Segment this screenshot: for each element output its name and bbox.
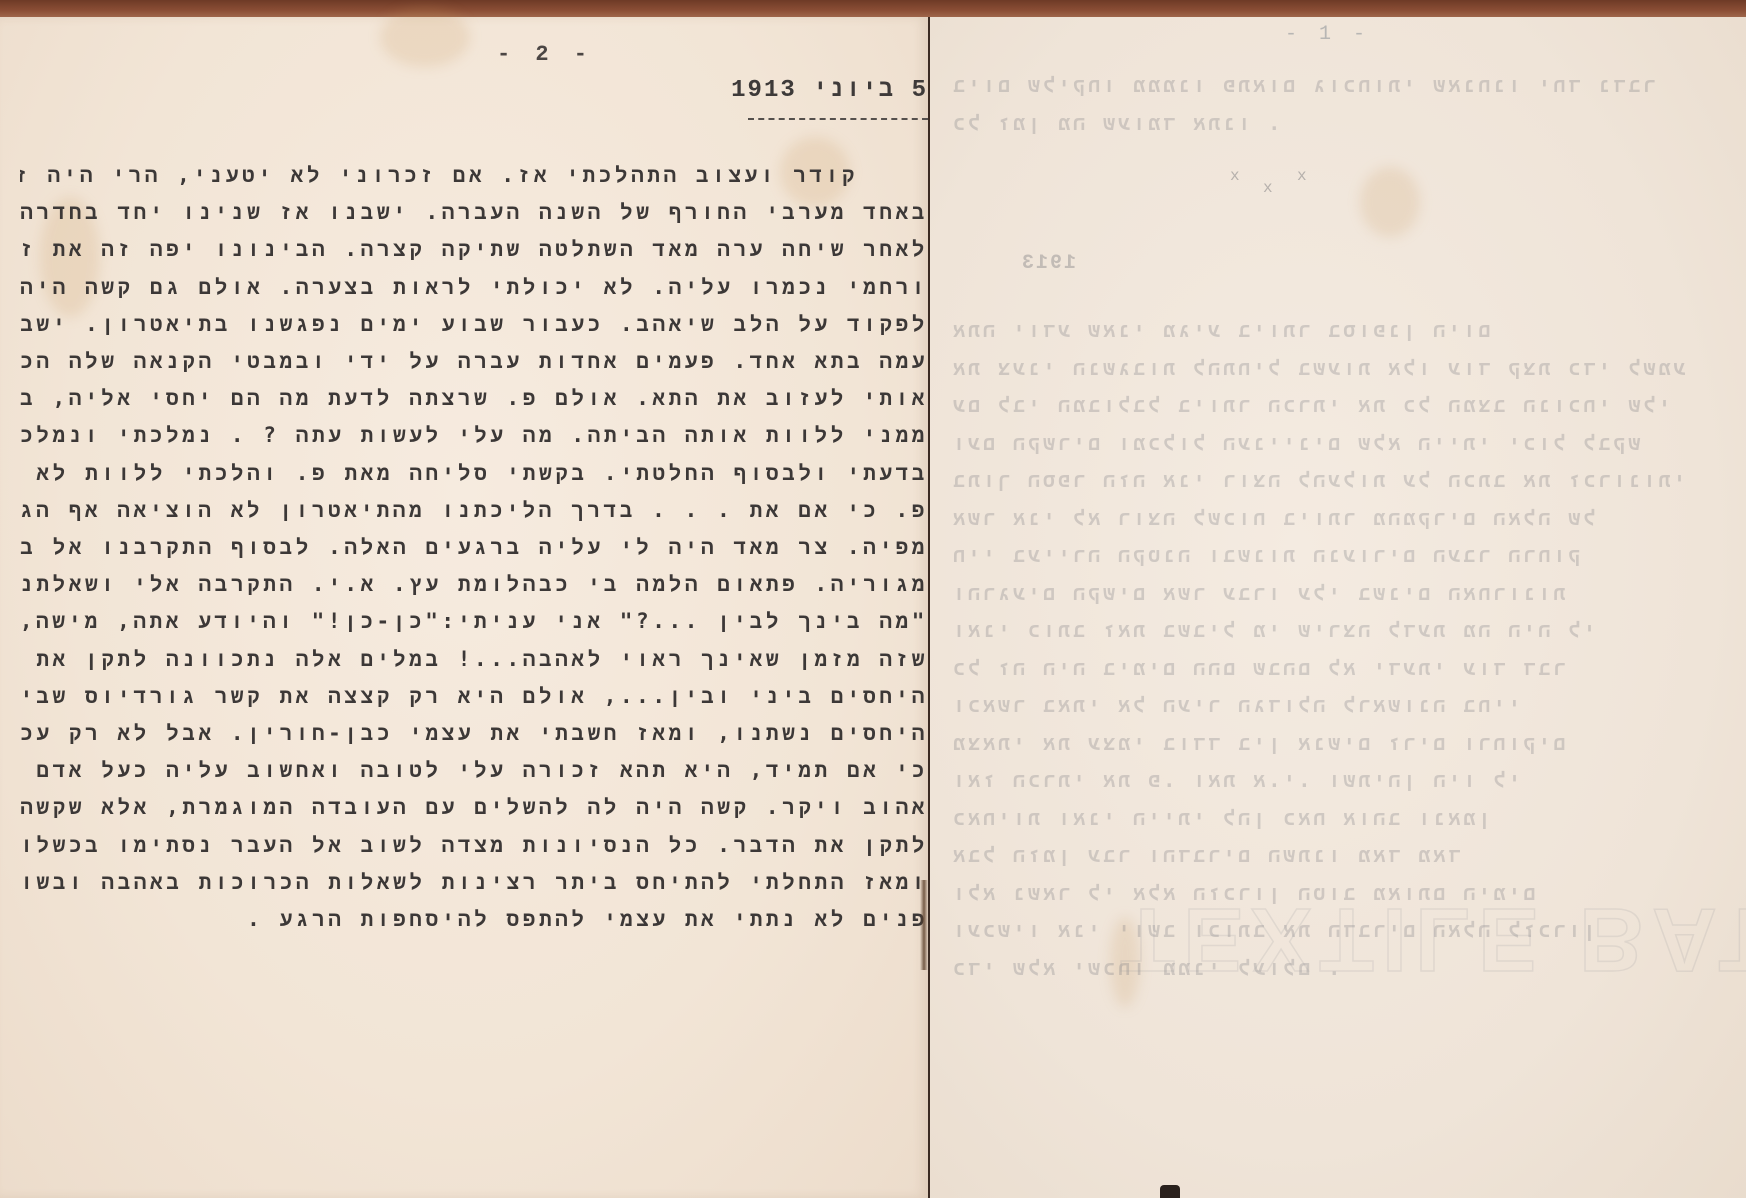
text-line: מפיה. צר מאד היה לי עליה ברגעים האלה. לב… xyxy=(20,529,928,566)
text-line: לתקן את הדבר. כל הנסיונות מצדה לשוב אל ה… xyxy=(20,827,928,864)
page-number: - 2 - xyxy=(497,42,593,67)
text-line: בדעתי ולבסוף החלטתי. בקשתי סליחה מאת פ. … xyxy=(20,455,928,492)
bleed-line: את צעני הנשגבות להתחיל בשעות אלו עוד קצת… xyxy=(950,350,1740,388)
bleed-line: וכאשר באתי אל העיר הגדולה לראשונה בחיי xyxy=(950,687,1740,725)
page-number-faint: - 1 - xyxy=(1285,23,1370,46)
text-line: קודר ועצוב התהלכתי אז. אם זכרוני לא יטענ… xyxy=(20,157,928,194)
text-line: אותי לעזוב את התא. אולם פ. שרצתה לדעת מה… xyxy=(20,380,928,417)
text-line: לפקוד על הלב שיאהב. כעבור שבוע ימים נפגש… xyxy=(20,306,928,343)
date-underline xyxy=(748,118,928,120)
right-page: - 1 - ביום שליקחו מממנו פתאום גוכחותי שא… xyxy=(928,17,1746,1198)
text-line: ורחמי נכמרו עליה. לא יכולתי לראות בצערה.… xyxy=(20,269,928,306)
separator-mark: x xyxy=(1230,167,1240,185)
bleed-line: אתה יודע שאני מגיע ביותר בסופנן היום xyxy=(950,312,1740,350)
bleed-through-date: 1913 xyxy=(1020,252,1076,275)
paper-stain xyxy=(380,7,470,67)
left-page: - 2 - 5 ביוני 1913 קודר ועצוב התהלכתי אז… xyxy=(0,17,928,1198)
bleed-line: עם לבי המבולבל ביותר הכרתי את כל המצב הנ… xyxy=(950,387,1740,425)
bleed-line: אבל הזמן עבר והדברים השתנו מאד מאד xyxy=(950,837,1740,875)
bleed-line: ואני כותב זאת בשביל מי שירצה לדעת מה היה… xyxy=(950,612,1740,650)
bleed-line: ואז הכרתי את פ. ואת א.י. ושתיהן היו לי xyxy=(950,762,1740,800)
book-binding-edge xyxy=(0,0,1746,18)
bleed-line: ועם הקשרים ומכלול העניינים שלא הייתי יכו… xyxy=(950,425,1740,463)
bleed-through-text-top: ביום שליקחו מממנו פתאום גוכחותי שאנחנו י… xyxy=(950,67,1740,142)
text-line: היחסים נשתנו, ומאז חשבתי את עצמי כבן-חור… xyxy=(20,715,928,752)
diary-entry-text: קודר ועצוב התהלכתי אז. אם זכרוני לא יטענ… xyxy=(20,157,928,938)
bleed-line: והרגעים הקשים אשר עברו עלי בשנים האחרונו… xyxy=(950,575,1740,613)
section-separator: x x x xyxy=(1230,167,1350,217)
text-line: מגוריה. פתאום הלמה בי כבהלומת עץ. א.י. ה… xyxy=(20,566,928,603)
paper-stain xyxy=(1360,167,1420,237)
binding-thread xyxy=(920,880,928,970)
entry-date-heading: 5 ביוני 1913 xyxy=(731,77,928,104)
bleed-through-text-body: אתה יודע שאני מגיע ביותר בסופנן היום את … xyxy=(950,312,1740,987)
bleed-line: כאחיות ואני הייתי להן כאח אוהב ונאמן xyxy=(950,800,1740,838)
text-line: "מה בינך לבין ...?" אני עניתי:"כן-כן!" ו… xyxy=(20,603,928,640)
bleed-line: כל זה היה בימים ההם שבהם לא ידעתי עוד דב… xyxy=(950,650,1740,688)
bleed-line: חיי בעיירה הקטנה ובשנות הנעורים העבר הרח… xyxy=(950,537,1740,575)
text-line: פנים לא נתתי את עצמי להתפס להיסחפות הרגע… xyxy=(20,901,928,938)
bleed-line: בתוך הספר הזה אני רוצה להעלות על הכתב את… xyxy=(950,462,1740,500)
separator-mark: x xyxy=(1263,179,1273,197)
binding-clip xyxy=(1160,1185,1180,1198)
paper-watermark: TEXTILE BATES xyxy=(1120,887,1746,990)
bleed-line: אשר אני לא רוצה לשכוח ביותר מהמקרים האלה… xyxy=(950,500,1740,538)
bleed-line: מצאתי את עצמי בודד בין אנשים זרים ורחוקי… xyxy=(950,725,1740,763)
text-line: ומאז התחלתי להתיחס ביתר רצינות לשאלות הכ… xyxy=(20,864,928,901)
text-line: כי אם תמיד, היא תהא זכורה עלי לטובה ואחש… xyxy=(20,752,928,789)
separator-mark: x xyxy=(1297,167,1307,185)
text-line: אהוב ויקר. קשה היה לה להשלים עם העובדה ה… xyxy=(20,789,928,826)
bleed-line: ביום שליקחו מממנו פתאום גוכחותי שאנחנו י… xyxy=(950,67,1740,105)
text-line: פ. כי אם את . . . בדרך הליכתנו מהתיאטרון… xyxy=(20,492,928,529)
bleed-line: כל זמן מה שעומד אתנו . xyxy=(950,105,1740,143)
text-line: לאחר שיחה ערה מאד השתלטה שתיקה קצרה. הבי… xyxy=(20,231,928,268)
text-line: שזה מזמן שאינך ראוי לאהבה...! במלים אלה … xyxy=(20,641,928,678)
text-line: ממני ללוות אותה הביתה. מה עלי לעשות עתה … xyxy=(20,417,928,454)
text-line: באחד מערבי החורף של השנה העברה. ישבנו אז… xyxy=(20,194,928,231)
text-line: היחסים ביני ובין..., אולם היא רק קצצה את… xyxy=(20,678,928,715)
text-line: עמה בתא אחד. פעמים אחדות עברה על ידי ובמ… xyxy=(20,343,928,380)
